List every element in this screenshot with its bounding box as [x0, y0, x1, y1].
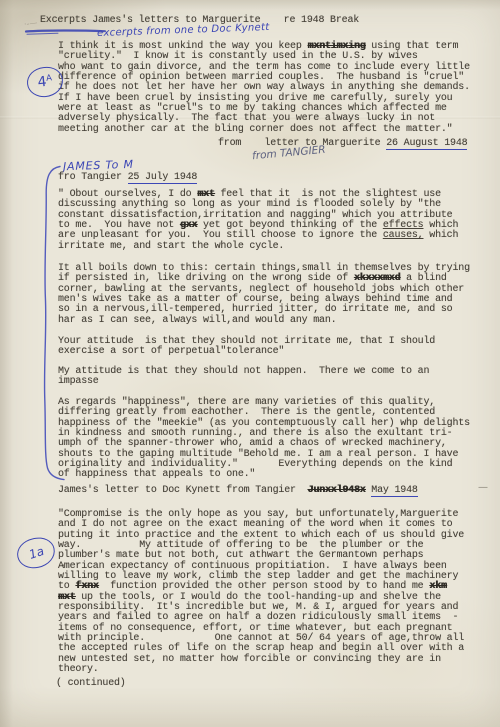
struck-date: Junxxl948x: [307, 485, 365, 496]
paragraph-your-attitude: Your attitude is that they should not ir…: [58, 337, 498, 358]
underlined-word-causes: causes,: [383, 230, 424, 241]
date-blue-underlined: 26 August 1948: [386, 138, 467, 150]
struck-word: xkm: [429, 581, 446, 592]
paragraph-compromise: "Compromise is the only hope as you say,…: [58, 510, 498, 676]
text-run: "Compromise is the only hope as you say,…: [58, 509, 464, 592]
date-blue-underlined: 25 July 1948: [128, 172, 198, 184]
handwritten-james-to-m: JAMES To M: [63, 158, 134, 173]
scanned-letter-page: ·‑— Excerpts James's letters to Margueri…: [0, 0, 500, 727]
paragraph-about-ourselves: " Obout ourselves, I do mxt feel that it…: [58, 190, 498, 252]
text-run: My attitude is that they should not happ…: [58, 366, 429, 387]
heading-doc-kynett: James's letter to Doc Kynett from Tangie…: [58, 486, 498, 496]
blue-underline-arrow: [26, 30, 104, 31]
text-run: fro Tangier: [58, 172, 128, 183]
heading-tangier-july: fro Tangier 25 July 1948: [58, 173, 498, 183]
text-run: As regards "happiness", there are many v…: [58, 397, 470, 480]
paragraph-happiness: As regards "happiness", there are many v…: [58, 398, 498, 481]
paragraph-boils-down: It all boils down to this: certain thing…: [58, 264, 498, 326]
paragraph-cruelty: I think it is most unkind the way you ke…: [58, 42, 498, 135]
struck-word: xkxxxmxd: [354, 273, 400, 284]
attribution-line: from letter to Marguerite 26 August 1948: [218, 139, 488, 149]
date-blue-underlined: May 1948: [371, 485, 417, 497]
badge-4a-letter: A: [46, 74, 53, 83]
badge-1a-text: 1a: [27, 545, 45, 561]
struck-word: fxnx: [75, 581, 98, 592]
blue-underline-arrow-tail: [27, 33, 58, 34]
text-run: James's letter to Doc Kynett from Tangie…: [58, 485, 307, 496]
text-run: using that term "cruelity." I know it is…: [58, 41, 470, 135]
circled-badge-1a: 1a: [14, 534, 57, 571]
text-run: up the tools, or I would do the tool-han…: [58, 592, 464, 675]
text-run: function provided the other person stood…: [99, 581, 430, 592]
pencil-tick: ’: [62, 564, 65, 574]
text-run: ( continued): [56, 678, 126, 689]
continued-footer: ( continued): [56, 679, 496, 689]
text-run: Your attitude is that they should not ir…: [58, 336, 435, 357]
pencil-dash: —: [478, 482, 488, 493]
paragraph-my-attitude: My attitude is that they should not happ…: [58, 367, 498, 388]
pencil-scribble: ·‑—: [23, 18, 38, 29]
